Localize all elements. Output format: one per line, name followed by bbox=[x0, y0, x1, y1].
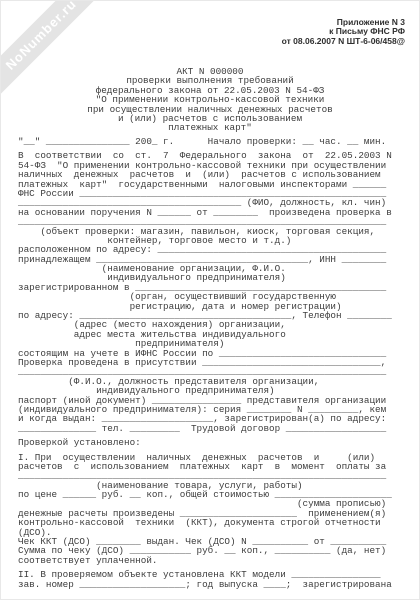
document-line: ______________ тел. _________ Трудовой д… bbox=[18, 424, 413, 433]
act-form-page: NoNumber.ru Приложение N 3к Письму ФНС Р… bbox=[0, 0, 420, 600]
appendix-note: Приложение N 3к Письму ФНС РФот 08.06.20… bbox=[282, 17, 405, 45]
document-body: "__" _______________ 200_ г. Начало пров… bbox=[18, 137, 413, 589]
document-line: "__" _______________ 200_ г. Начало пров… bbox=[18, 137, 413, 146]
appendix-line: к Письму ФНС РФ bbox=[282, 26, 405, 35]
document-line: соответствует уплаченной. bbox=[18, 556, 413, 565]
document-line: Проверкой установлено: bbox=[18, 438, 413, 447]
document-line: зав. номер ___________________; год выпу… bbox=[18, 580, 413, 589]
watermark-text: NoNumber.ru bbox=[3, 0, 78, 72]
appendix-line: от 08.06.2007 N ШТ-6-06/458@ bbox=[282, 36, 405, 45]
document-title: АКТ N 000000проверки выполнения требован… bbox=[1, 67, 419, 133]
document-line: контрольно-кассовой техники (ККТ), докум… bbox=[18, 518, 413, 527]
appendix-line: Приложение N 3 bbox=[282, 17, 405, 26]
title-line: платежных карт" bbox=[1, 123, 419, 132]
